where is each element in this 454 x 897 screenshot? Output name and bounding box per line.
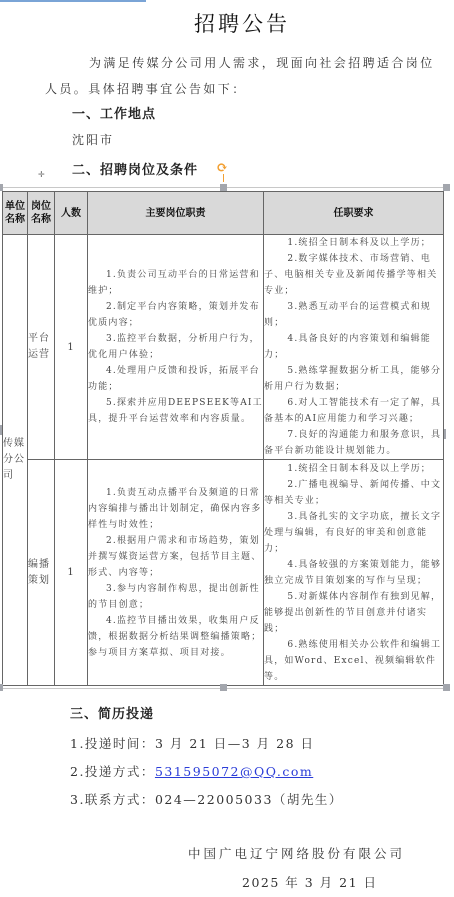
contact-line: 3.联系方式：024—22005033（胡先生） (70, 790, 343, 808)
duty-item: 3.参与内容制作构思，提出创新性的节目创意； (88, 581, 263, 613)
resize-handle-bottom-center[interactable] (220, 684, 227, 691)
position-name-cell: 编播策划 (28, 460, 55, 686)
requirement-item: 4.具备良好的内容策划和编辑能力； (264, 331, 443, 363)
duty-item: 3.监控平台数据，分析用户行为，优化用户体验； (88, 331, 263, 363)
duty-item: 1.负责公司互动平台的日常运营和维护； (88, 267, 263, 299)
duties-cell: 1.负责公司互动平台的日常运营和维护； 2.制定平台内容策略，策划并发布优质内容… (88, 235, 264, 460)
requirement-item: 1.统招全日制本科及以上学历； (264, 235, 443, 251)
duty-item: 4.处理用户反馈和投诉，拓展平台功能； (88, 363, 263, 395)
signature-date: 2025 年 3 月 21 日 (242, 873, 378, 891)
requirement-item: 5.熟练掌握数据分析工具，能够分析用户行为数据； (264, 363, 443, 395)
table-header-row: 单位名称 岗位名称 人数 主要岗位职责 任职要求 (3, 192, 444, 235)
email-link[interactable]: 531595072@QQ.com (155, 764, 313, 779)
submission-time-line: 1.投递时间：3 月 21 日—3 月 28 日 (70, 734, 315, 752)
resize-handle-top-center[interactable] (220, 184, 227, 191)
count-cell: 1 (55, 460, 88, 686)
submission-time-label: 1.投递时间： (70, 736, 155, 751)
signature-company: 中国广电辽宁网络股份有限公司 (188, 844, 405, 862)
header-requirements: 任职要求 (264, 192, 444, 235)
header-duties: 主要岗位职责 (88, 192, 264, 235)
duty-item: 4.监控节目播出效果，收集用户反馈，根据数据分析结果调整编播策略；参与项目方案草… (88, 613, 263, 661)
requirements-cell: 1.统招全日制本科及以上学历； 2.广播电视编导、新闻传播、中文等相关专业； 3… (264, 460, 444, 686)
requirement-item: 3.熟悉互动平台的运营模式和规则； (264, 299, 443, 331)
table-row: 编播策划 1 1.负责互动点播平台及频道的日常内容编排与播出计划制定，确保内容多… (3, 460, 444, 686)
submission-method-label: 2.投递方式： (70, 764, 155, 779)
page-title: 招聘公告 (0, 8, 454, 38)
resize-handle-bottom-right[interactable] (443, 684, 450, 691)
section-heading-location: 一、工作地点 (72, 103, 156, 122)
section-heading-resume: 三、简历投递 (70, 703, 154, 722)
requirement-item: 7.良好的沟通能力和服务意识，具备平台新功能设计规划能力。 (264, 427, 443, 459)
intro-line-2: 人员。具体招聘事宜公告如下： (45, 80, 247, 97)
submission-time-value: 3 月 21 日—3 月 28 日 (155, 736, 315, 751)
requirement-item: 4.具备较强的方案策划能力，能够独立完成节目策划案的写作与呈现； (264, 557, 443, 589)
requirement-item: 6.对人工智能技术有一定了解，具备基本的AI应用能力和学习兴趣； (264, 395, 443, 427)
requirement-item: 3.具备扎实的文字功底，擅长文字处理与编辑，有良好的审美和创意能力； (264, 509, 443, 557)
resize-handle-top-right[interactable] (443, 184, 450, 191)
count-cell: 1 (55, 235, 88, 460)
table-anchor-icon[interactable]: ✛ (38, 170, 45, 179)
duty-item: 2.制定平台内容策略，策划并发布优质内容； (88, 299, 263, 331)
contact-value: 024—22005033（胡先生） (155, 792, 343, 807)
duty-item: 2.根据用户需求和市场趋势，策划并撰写媒资运营方案，包括节目主题、形式、内容等； (88, 533, 263, 581)
requirement-item: 2.数字媒体技术、市场营销、电子、电脑相关专业及新闻传播学等相关专业； (264, 251, 443, 299)
rotate-handle-icon[interactable]: ⟳ (216, 161, 230, 175)
duties-cell: 1.负责互动点播平台及频道的日常内容编排与播出计划制定，确保内容多样性与时效性；… (88, 460, 264, 686)
submission-method-line: 2.投递方式：531595072@QQ.com (70, 762, 313, 780)
section-heading-positions: 二、招聘岗位及条件 (72, 159, 198, 178)
selection-highlight-bar (0, 0, 146, 2)
intro-line-1: 为满足传媒分公司用人需求，现面向社会招聘适合岗位 (89, 54, 435, 71)
header-unit-name: 单位名称 (3, 192, 28, 235)
unit-name-cell: 传媒分公司 (3, 235, 28, 686)
resize-handle-bottom-left[interactable] (0, 684, 3, 691)
recruitment-table: 单位名称 岗位名称 人数 主要岗位职责 任职要求 传媒分公司 平台运营 1 1.… (2, 191, 444, 686)
rotate-handle-stem (223, 174, 224, 182)
requirement-item: 5.对新媒体内容制作有独到见解，能够提出创新性的节目创意并付诸实践； (264, 589, 443, 637)
duty-item: 5.探索并应用DEEPSEEK等AI工具，提升平台运营效率和内容质量。 (88, 395, 263, 427)
duty-item: 1.负责互动点播平台及频道的日常内容编排与播出计划制定，确保内容多样性与时效性； (88, 485, 263, 533)
contact-label: 3.联系方式： (70, 792, 155, 807)
requirements-cell: 1.统招全日制本科及以上学历； 2.数字媒体技术、市场营销、电子、电脑相关专业及… (264, 235, 444, 460)
requirement-item: 1.统招全日制本科及以上学历； (264, 461, 443, 477)
header-position-name: 岗位名称 (28, 192, 55, 235)
requirement-item: 2.广播电视编导、新闻传播、中文等相关专业； (264, 477, 443, 509)
location-text: 沈阳市 (72, 131, 114, 148)
position-name-cell: 平台运营 (28, 235, 55, 460)
resize-handle-top-left[interactable] (0, 184, 3, 191)
requirement-item: 6.熟练使用相关办公软件和编辑工具，如Word、Excel、视频编辑软件等。 (264, 637, 443, 685)
header-count: 人数 (55, 192, 88, 235)
table-row: 传媒分公司 平台运营 1 1.负责公司互动平台的日常运营和维护； 2.制定平台内… (3, 235, 444, 460)
